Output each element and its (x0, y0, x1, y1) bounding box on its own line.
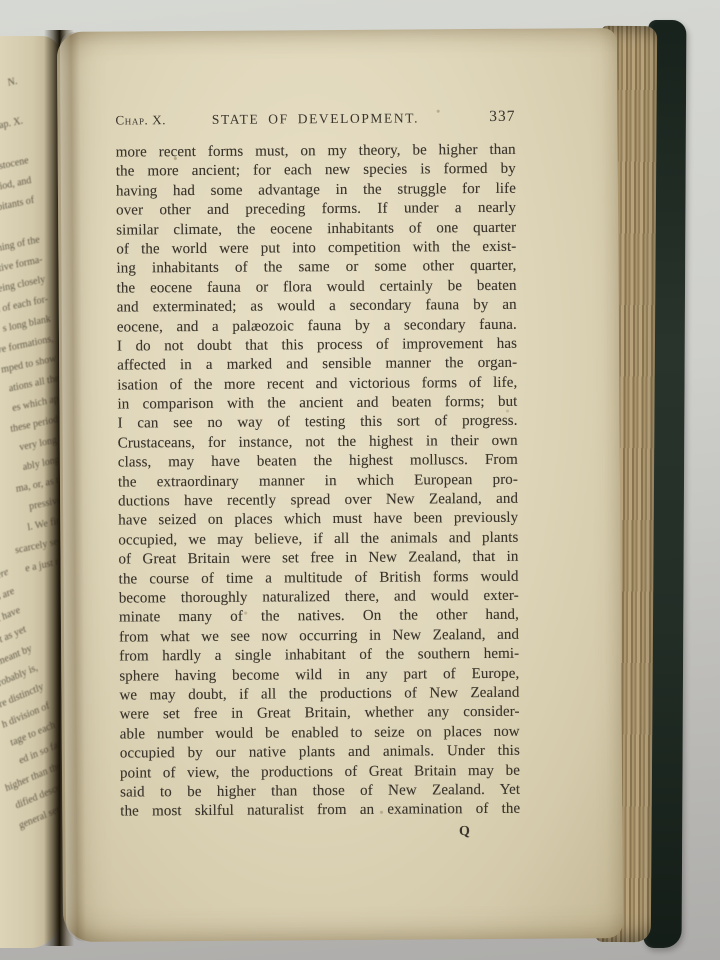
body-text-line: eocene, and a palæozoic fauna by a secon… (117, 315, 517, 337)
body-text: more recent forms must, on my theory, be… (116, 141, 521, 822)
body-text-line: I can see no way of testing this sort of… (118, 412, 518, 434)
running-title: STATE OF DEVELOPMENT. (212, 110, 419, 127)
book-photo-scene: N. Chap. X. the pleistocenecial period, … (0, 0, 720, 960)
body-text-line: and exterminated; as would a secondary f… (117, 296, 517, 318)
page-number: 337 (489, 108, 515, 126)
body-text-line: occupied by our native plants and animal… (120, 742, 520, 764)
body-text-line: the most skilful naturalist from an exam… (120, 800, 520, 822)
body-text-line: point of view, the productions of Great … (120, 761, 520, 783)
book-page: Chap. X. STATE OF DEVELOPMENT. 337 more … (57, 28, 623, 942)
body-text-line: minate many of the natives. On the other… (119, 606, 519, 628)
body-text-line: have seized on places which must have be… (118, 509, 518, 531)
body-text-line: affected in a marked and sensible manner… (117, 354, 517, 376)
body-text-line: over other and preceding forms. If under… (116, 199, 516, 221)
body-text-line: were set free in Great Britain, whether … (120, 703, 520, 725)
body-text-line: of Great Britain were set free in New Ze… (118, 548, 518, 570)
body-text-line: ing inhabitants of the same or some othe… (116, 257, 516, 279)
chapter-label: Chap. X. (115, 112, 166, 128)
body-text-line: class, may have beaten the highest mollu… (118, 451, 518, 473)
signature-mark: Q (454, 824, 474, 840)
body-text-line: from hardly a single inhabitant of the s… (119, 645, 519, 667)
body-text-line: sphere having become wild in any part of… (119, 664, 519, 686)
body-text-line: the more ancient; for each new species i… (116, 160, 516, 182)
page-header: Chap. X. STATE OF DEVELOPMENT. 337 (115, 108, 515, 131)
